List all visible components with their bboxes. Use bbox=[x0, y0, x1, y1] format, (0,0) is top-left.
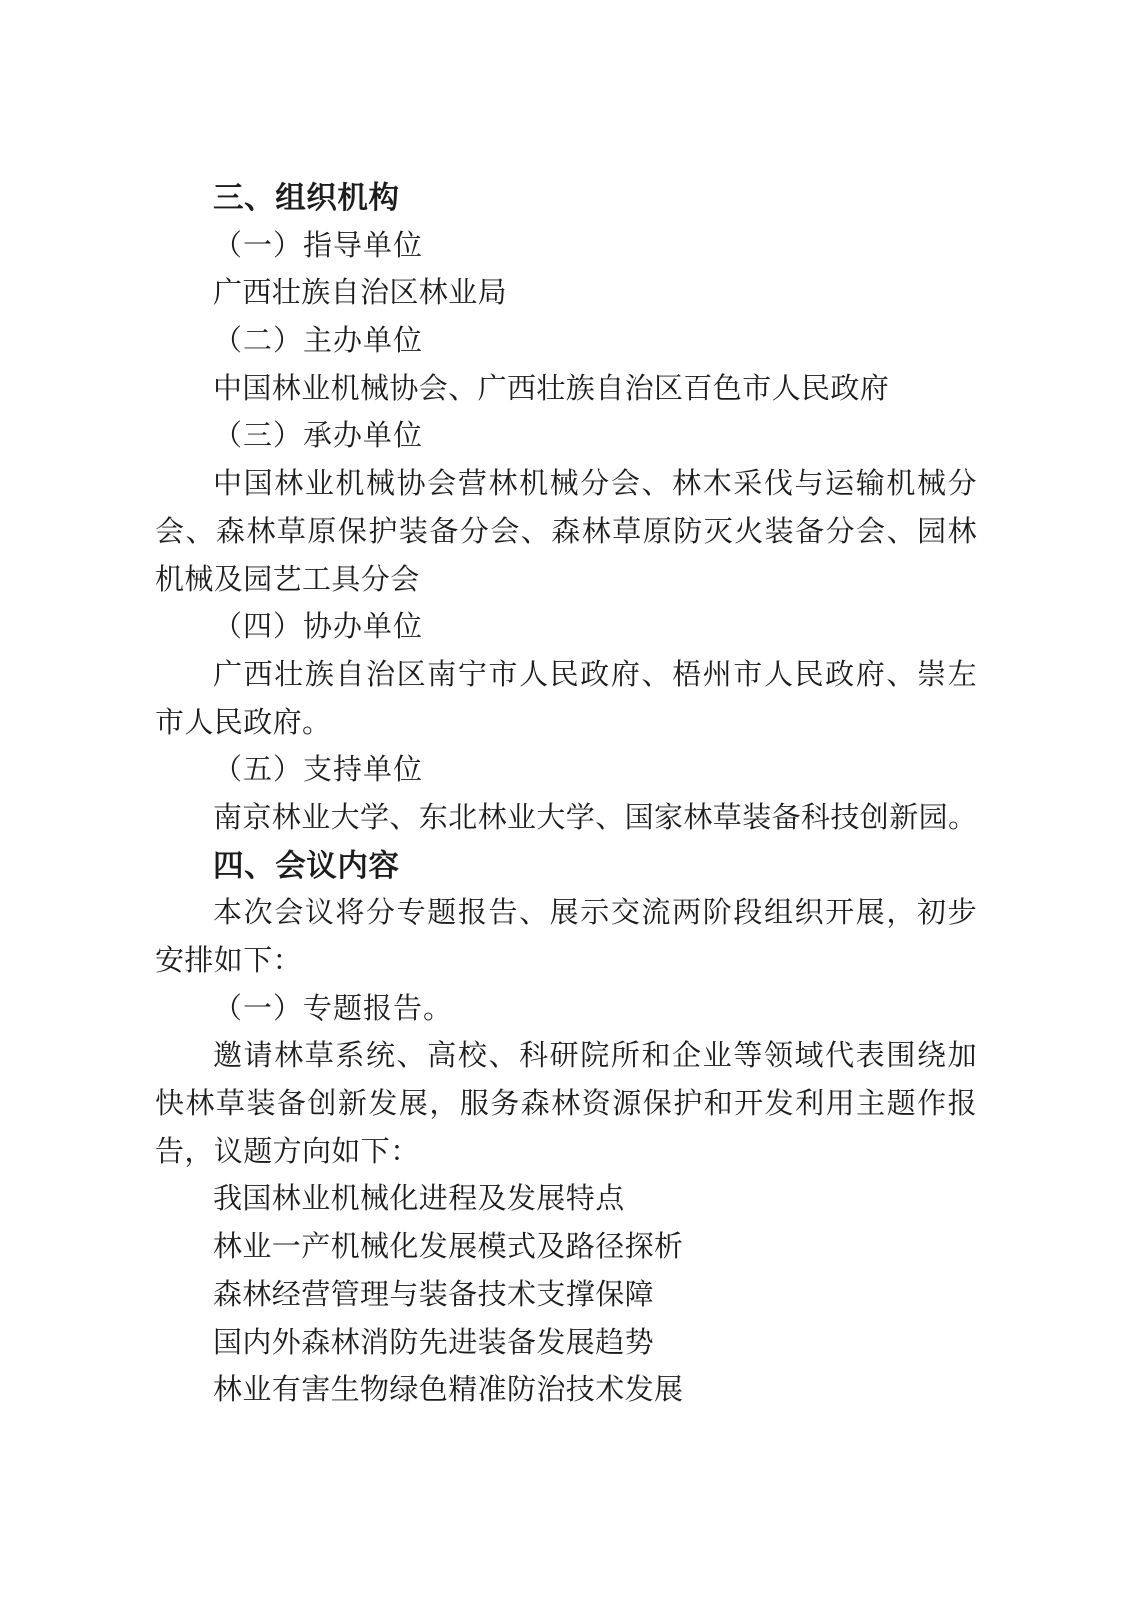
text-line: 森林经营管理与装备技术支撑保障 bbox=[155, 1272, 977, 1320]
text-line: 我国林业机械化进程及发展特点 bbox=[155, 1176, 977, 1224]
text-line: 中国林业机械协会营林机械分会、林木采伐与运输机械分 bbox=[155, 461, 977, 509]
text-line: （一）专题报告。 bbox=[155, 986, 977, 1034]
text-line: 快林草装备创新发展，服务森林资源保护和开发利用主题作报 bbox=[155, 1081, 977, 1129]
document-text: 三、组织机构（一）指导单位广西壮族自治区林业局（二）主办单位中国林业机械协会、广… bbox=[155, 175, 977, 1415]
text-line: （一）指导单位 bbox=[155, 223, 977, 271]
text-line: 四、会议内容 bbox=[155, 843, 977, 891]
text-line: 三、组织机构 bbox=[155, 175, 977, 223]
text-line: 广西壮族自治区南宁市人民政府、梧州市人民政府、崇左 bbox=[155, 652, 977, 700]
text-line: 市人民政府。 bbox=[155, 700, 977, 748]
text-line: （四）协办单位 bbox=[155, 604, 977, 652]
text-line: 告，议题方向如下： bbox=[155, 1129, 977, 1177]
text-line: 南京林业大学、东北林业大学、国家林草装备科技创新园。 bbox=[155, 795, 977, 843]
text-line: 邀请林草系统、高校、科研院所和企业等领域代表围绕加 bbox=[155, 1033, 977, 1081]
text-line: 林业一产机械化发展模式及路径探析 bbox=[155, 1224, 977, 1272]
text-line: （三）承办单位 bbox=[155, 413, 977, 461]
text-line: （五）支持单位 bbox=[155, 747, 977, 795]
document-page: 三、组织机构（一）指导单位广西壮族自治区林业局（二）主办单位中国林业机械协会、广… bbox=[0, 0, 1131, 1600]
text-line: 中国林业机械协会、广西壮族自治区百色市人民政府 bbox=[155, 366, 977, 414]
text-line: 会、森林草原保护装备分会、森林草原防灭火装备分会、园林 bbox=[155, 509, 977, 557]
text-line: 机械及园艺工具分会 bbox=[155, 557, 977, 605]
text-line: 本次会议将分专题报告、展示交流两阶段组织开展，初步 bbox=[155, 890, 977, 938]
text-line: 国内外森林消防先进装备发展趋势 bbox=[155, 1320, 977, 1368]
text-line: 安排如下： bbox=[155, 938, 977, 986]
text-line: （二）主办单位 bbox=[155, 318, 977, 366]
text-line: 林业有害生物绿色精准防治技术发展 bbox=[155, 1367, 977, 1415]
text-line: 广西壮族自治区林业局 bbox=[155, 270, 977, 318]
